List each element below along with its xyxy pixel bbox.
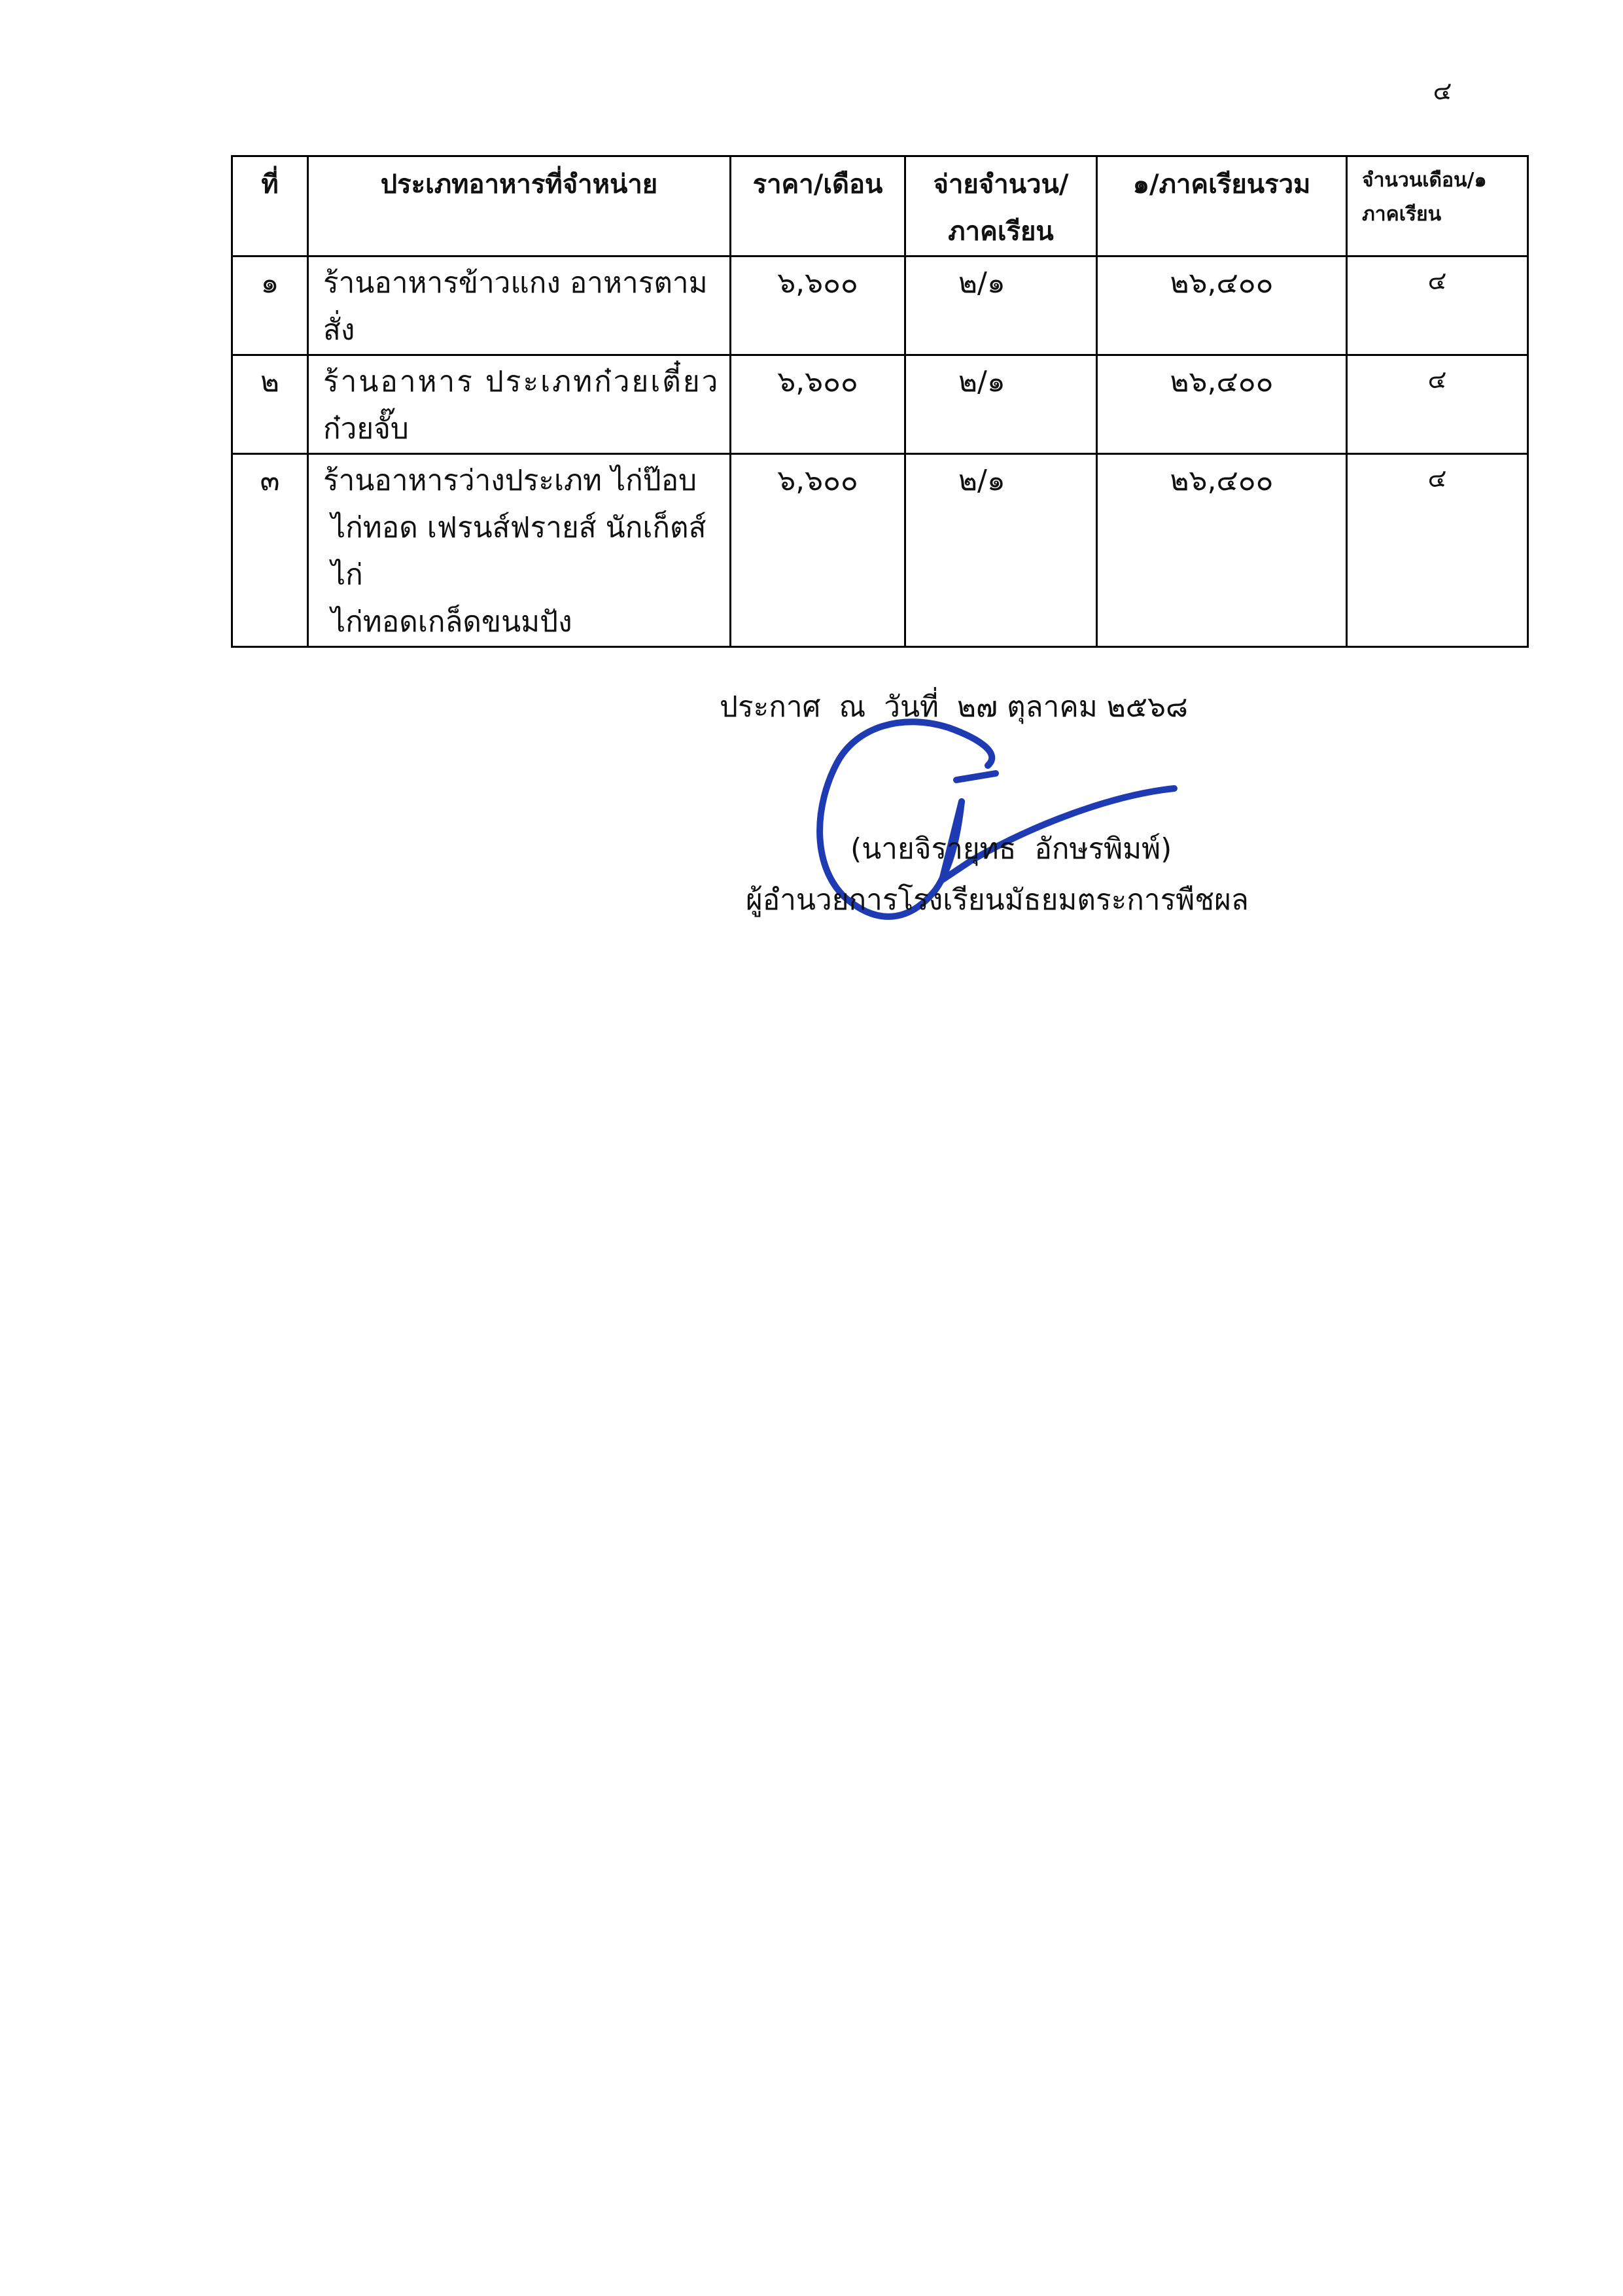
- row-food-type: ร้านอาหาร ประเภทก๋วยเตี๋ยว ก๋วยจั๊บ: [308, 355, 731, 454]
- row-no: ๑: [232, 256, 308, 355]
- announcement-date: ประกาศ ณ วันที่ ๒๗ ตุลาคม ๒๕๖๘: [720, 684, 1188, 730]
- row-payment: ๒/๑: [905, 256, 1097, 355]
- header-food-type: ประเภทอาหารที่จำหน่าย: [308, 156, 731, 256]
- row-food-type-line: ร้านอาหารข้าวแกง อาหารตามสั่ง: [323, 260, 729, 354]
- table-row: ๓ ร้านอาหารว่างประเภท ไก่ป๊อบ ไก่ทอด เฟร…: [232, 454, 1528, 647]
- header-months-per-term: จำนวนเดือน/๑ ภาคเรียน: [1347, 156, 1528, 256]
- food-vendor-fee-table: ที่ ประเภทอาหารที่จำหน่าย ราคา/เดือน จ่า…: [231, 155, 1529, 648]
- row-food-type-line: ไก่ทอด เฟรนส์ฟรายส์ นักเก็ตส์ไก่: [323, 504, 729, 599]
- row-food-type-line: ร้านอาหาร ประเภทก๋วยเตี๋ยว: [323, 359, 729, 406]
- header-months-line2: ภาคเรียน: [1362, 198, 1527, 232]
- signer-name: (นายจิรายุทธ อักษรพิมพ์): [850, 826, 1172, 872]
- row-food-type-line: ร้านอาหารว่างประเภท ไก่ป๊อบ: [323, 457, 729, 504]
- header-total-per-term: ๑/ภาคเรียนรวม: [1097, 156, 1347, 256]
- row-no: ๓: [232, 454, 308, 647]
- row-food-type: ร้านอาหารว่างประเภท ไก่ป๊อบ ไก่ทอด เฟรนส…: [308, 454, 731, 647]
- row-food-type: ร้านอาหารข้าวแกง อาหารตามสั่ง: [308, 256, 731, 355]
- header-no: ที่: [232, 156, 308, 256]
- table-row: ๑ ร้านอาหารข้าวแกง อาหารตามสั่ง ๖,๖๐๐ ๒/…: [232, 256, 1528, 355]
- row-payment: ๒/๑: [905, 454, 1097, 647]
- header-payment-line1: จ่ายจำนวน/: [906, 161, 1096, 208]
- row-price-per-month: ๖,๖๐๐: [731, 454, 905, 647]
- table-row: ๒ ร้านอาหาร ประเภทก๋วยเตี๋ยว ก๋วยจั๊บ ๖,…: [232, 355, 1528, 454]
- header-payment: จ่ายจำนวน/ ภาคเรียน: [905, 156, 1097, 256]
- row-price-per-month: ๖,๖๐๐: [731, 355, 905, 454]
- row-no: ๒: [232, 355, 308, 454]
- row-total-per-term: ๒๖,๔๐๐: [1097, 454, 1347, 647]
- header-payment-line2: ภาคเรียน: [906, 208, 1096, 255]
- row-food-type-line: ก๋วยจั๊บ: [323, 406, 729, 453]
- header-months-line1: จำนวนเดือน/๑: [1362, 164, 1527, 198]
- row-months-per-term: ๔: [1347, 355, 1528, 454]
- row-months-per-term: ๔: [1347, 256, 1528, 355]
- row-food-type-line: ไก่ทอดเกล็ดขนมปัง: [323, 599, 729, 646]
- signer-title: ผู้อำนวยการโรงเรียนมัธยมตระการพืชผล: [746, 877, 1249, 923]
- row-total-per-term: ๒๖,๔๐๐: [1097, 355, 1347, 454]
- row-months-per-term: ๔: [1347, 454, 1528, 647]
- row-price-per-month: ๖,๖๐๐: [731, 256, 905, 355]
- row-payment: ๒/๑: [905, 355, 1097, 454]
- header-price-per-month: ราคา/เดือน: [731, 156, 905, 256]
- table-header-row: ที่ ประเภทอาหารที่จำหน่าย ราคา/เดือน จ่า…: [232, 156, 1528, 256]
- row-total-per-term: ๒๖,๔๐๐: [1097, 256, 1347, 355]
- page-number: ๔: [1423, 71, 1462, 111]
